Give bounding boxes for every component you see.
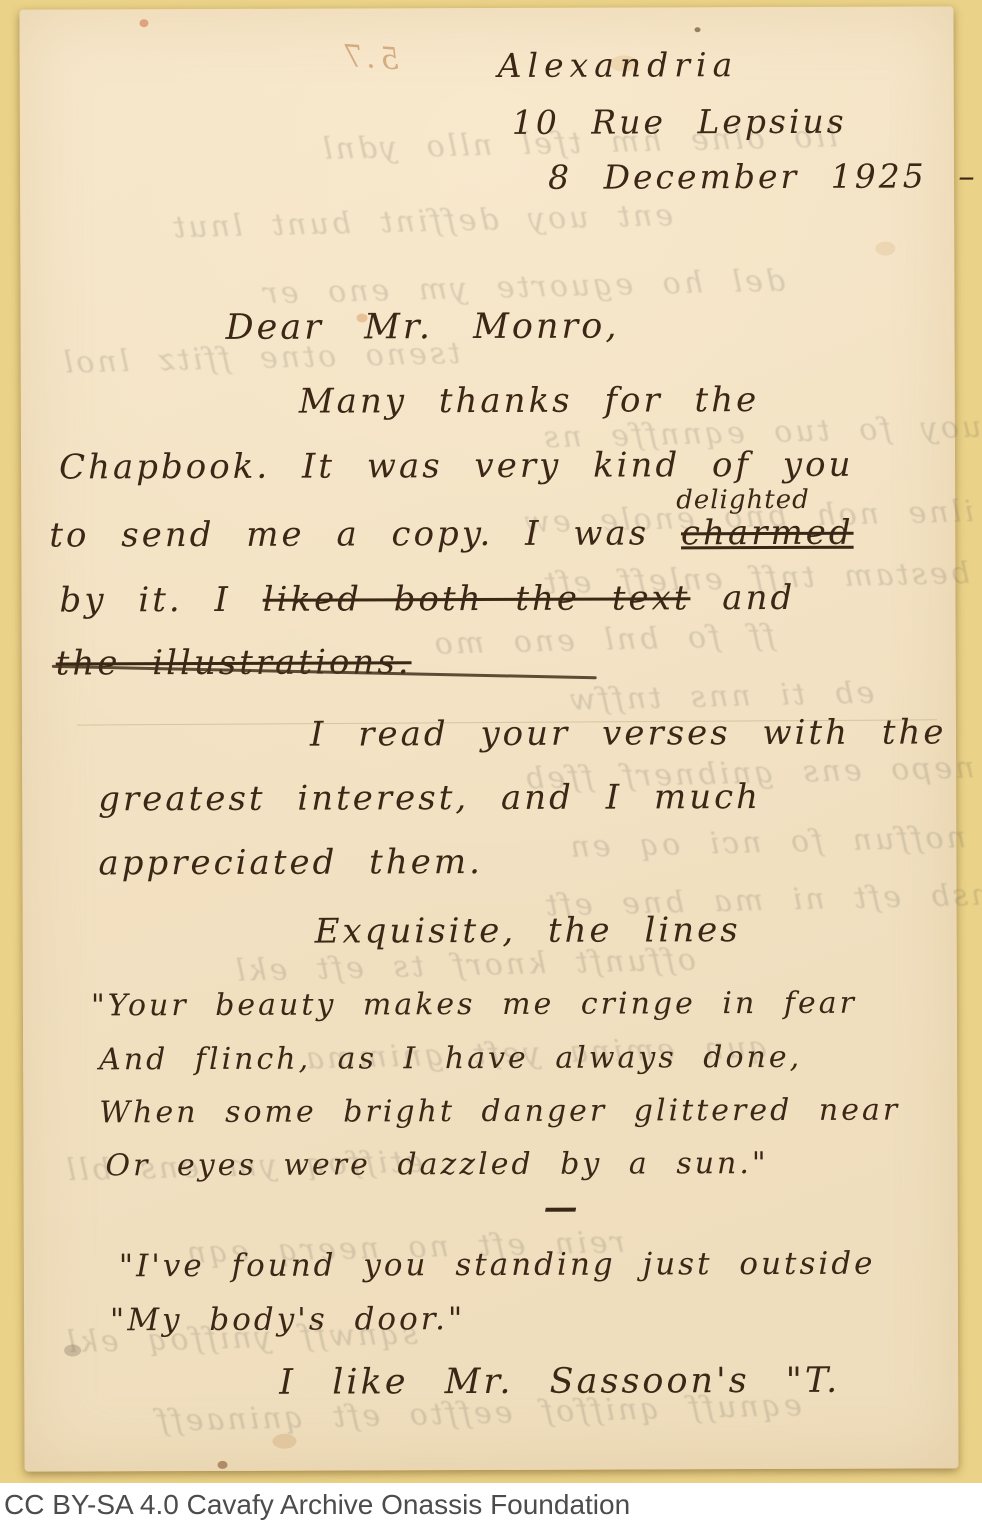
struck-text: liked both the text (263, 578, 691, 619)
body-line: appreciated them. (98, 844, 483, 883)
heading-street: 10 Rue Lepsius (512, 104, 847, 141)
body-text: by it. I (59, 580, 262, 621)
bleedthrough-line: del ho eguorte ym eno er (260, 263, 785, 311)
inserted-word: delighted (676, 485, 810, 515)
bleedthrough-line: ent uoy deffint bunt lnut (170, 198, 674, 245)
attribution-text: CC BY-SA 4.0 Cavafy Archive Onassis Foun… (4, 1489, 630, 1521)
body-line: the illustrations. (56, 644, 412, 683)
bleedthrough-line: ff fo bnl eno mo (431, 618, 775, 661)
poem-line: Or eyes were dazzled by a sun." (105, 1147, 768, 1182)
salutation: Dear Mr. Monro, (225, 308, 619, 348)
struck-text: charmed (681, 513, 854, 554)
body-line: Many thanks for the (299, 382, 760, 421)
body-line: greatest interest, and I much (98, 779, 761, 819)
poem-line: When some bright danger glittered near (99, 1094, 900, 1130)
bleedthrough-line: noffun fo nci oq en (567, 820, 966, 865)
attribution-bar: CC BY-SA 4.0 Cavafy Archive Onassis Foun… (0, 1483, 982, 1528)
ink-dot (695, 27, 701, 32)
bleedthrough-line: eb ti nns tnffw (566, 675, 874, 718)
body-line: I read your verses with the (310, 714, 947, 754)
poem-line: "Your beauty makes me cringe in fear (91, 987, 857, 1023)
poem-line: And flinch, as I have always done, (99, 1041, 802, 1076)
poem-line: "I've found you standing just outside (119, 1247, 876, 1284)
poem-line: "My body's door." (110, 1302, 465, 1337)
heading-date: 8 December 1925 – (548, 158, 978, 196)
body-line: by it. I liked both the text and (59, 580, 795, 620)
body-text: and (690, 578, 795, 618)
archival-mark: 5.7 (339, 38, 401, 77)
separator-dash: — (544, 1190, 581, 1228)
heading-place: Alexandria (498, 47, 739, 84)
closing-line: I like Mr. Sassoon's "T. (279, 1362, 840, 1402)
struck-text: the illustrations. (56, 642, 412, 683)
letter-paper: llo olne hm tfel nllo ydnl ent uoy deffi… (19, 6, 958, 1471)
photographed-letter: llo olne hm tfel nllo ydnl ent uoy deffi… (0, 0, 982, 1528)
stain-spot (218, 1461, 228, 1469)
stain-spot (139, 19, 148, 27)
body-line: to send me a copy. I was charmed (49, 515, 853, 555)
body-line: Exquisite, the lines (315, 912, 741, 951)
body-text: to send me a copy. I was (49, 513, 681, 555)
stain-spot (272, 1434, 296, 1449)
stain-spot (875, 242, 895, 256)
stain-spot (64, 1344, 81, 1356)
body-line: Chapbook. It was very kind of you (59, 447, 854, 487)
